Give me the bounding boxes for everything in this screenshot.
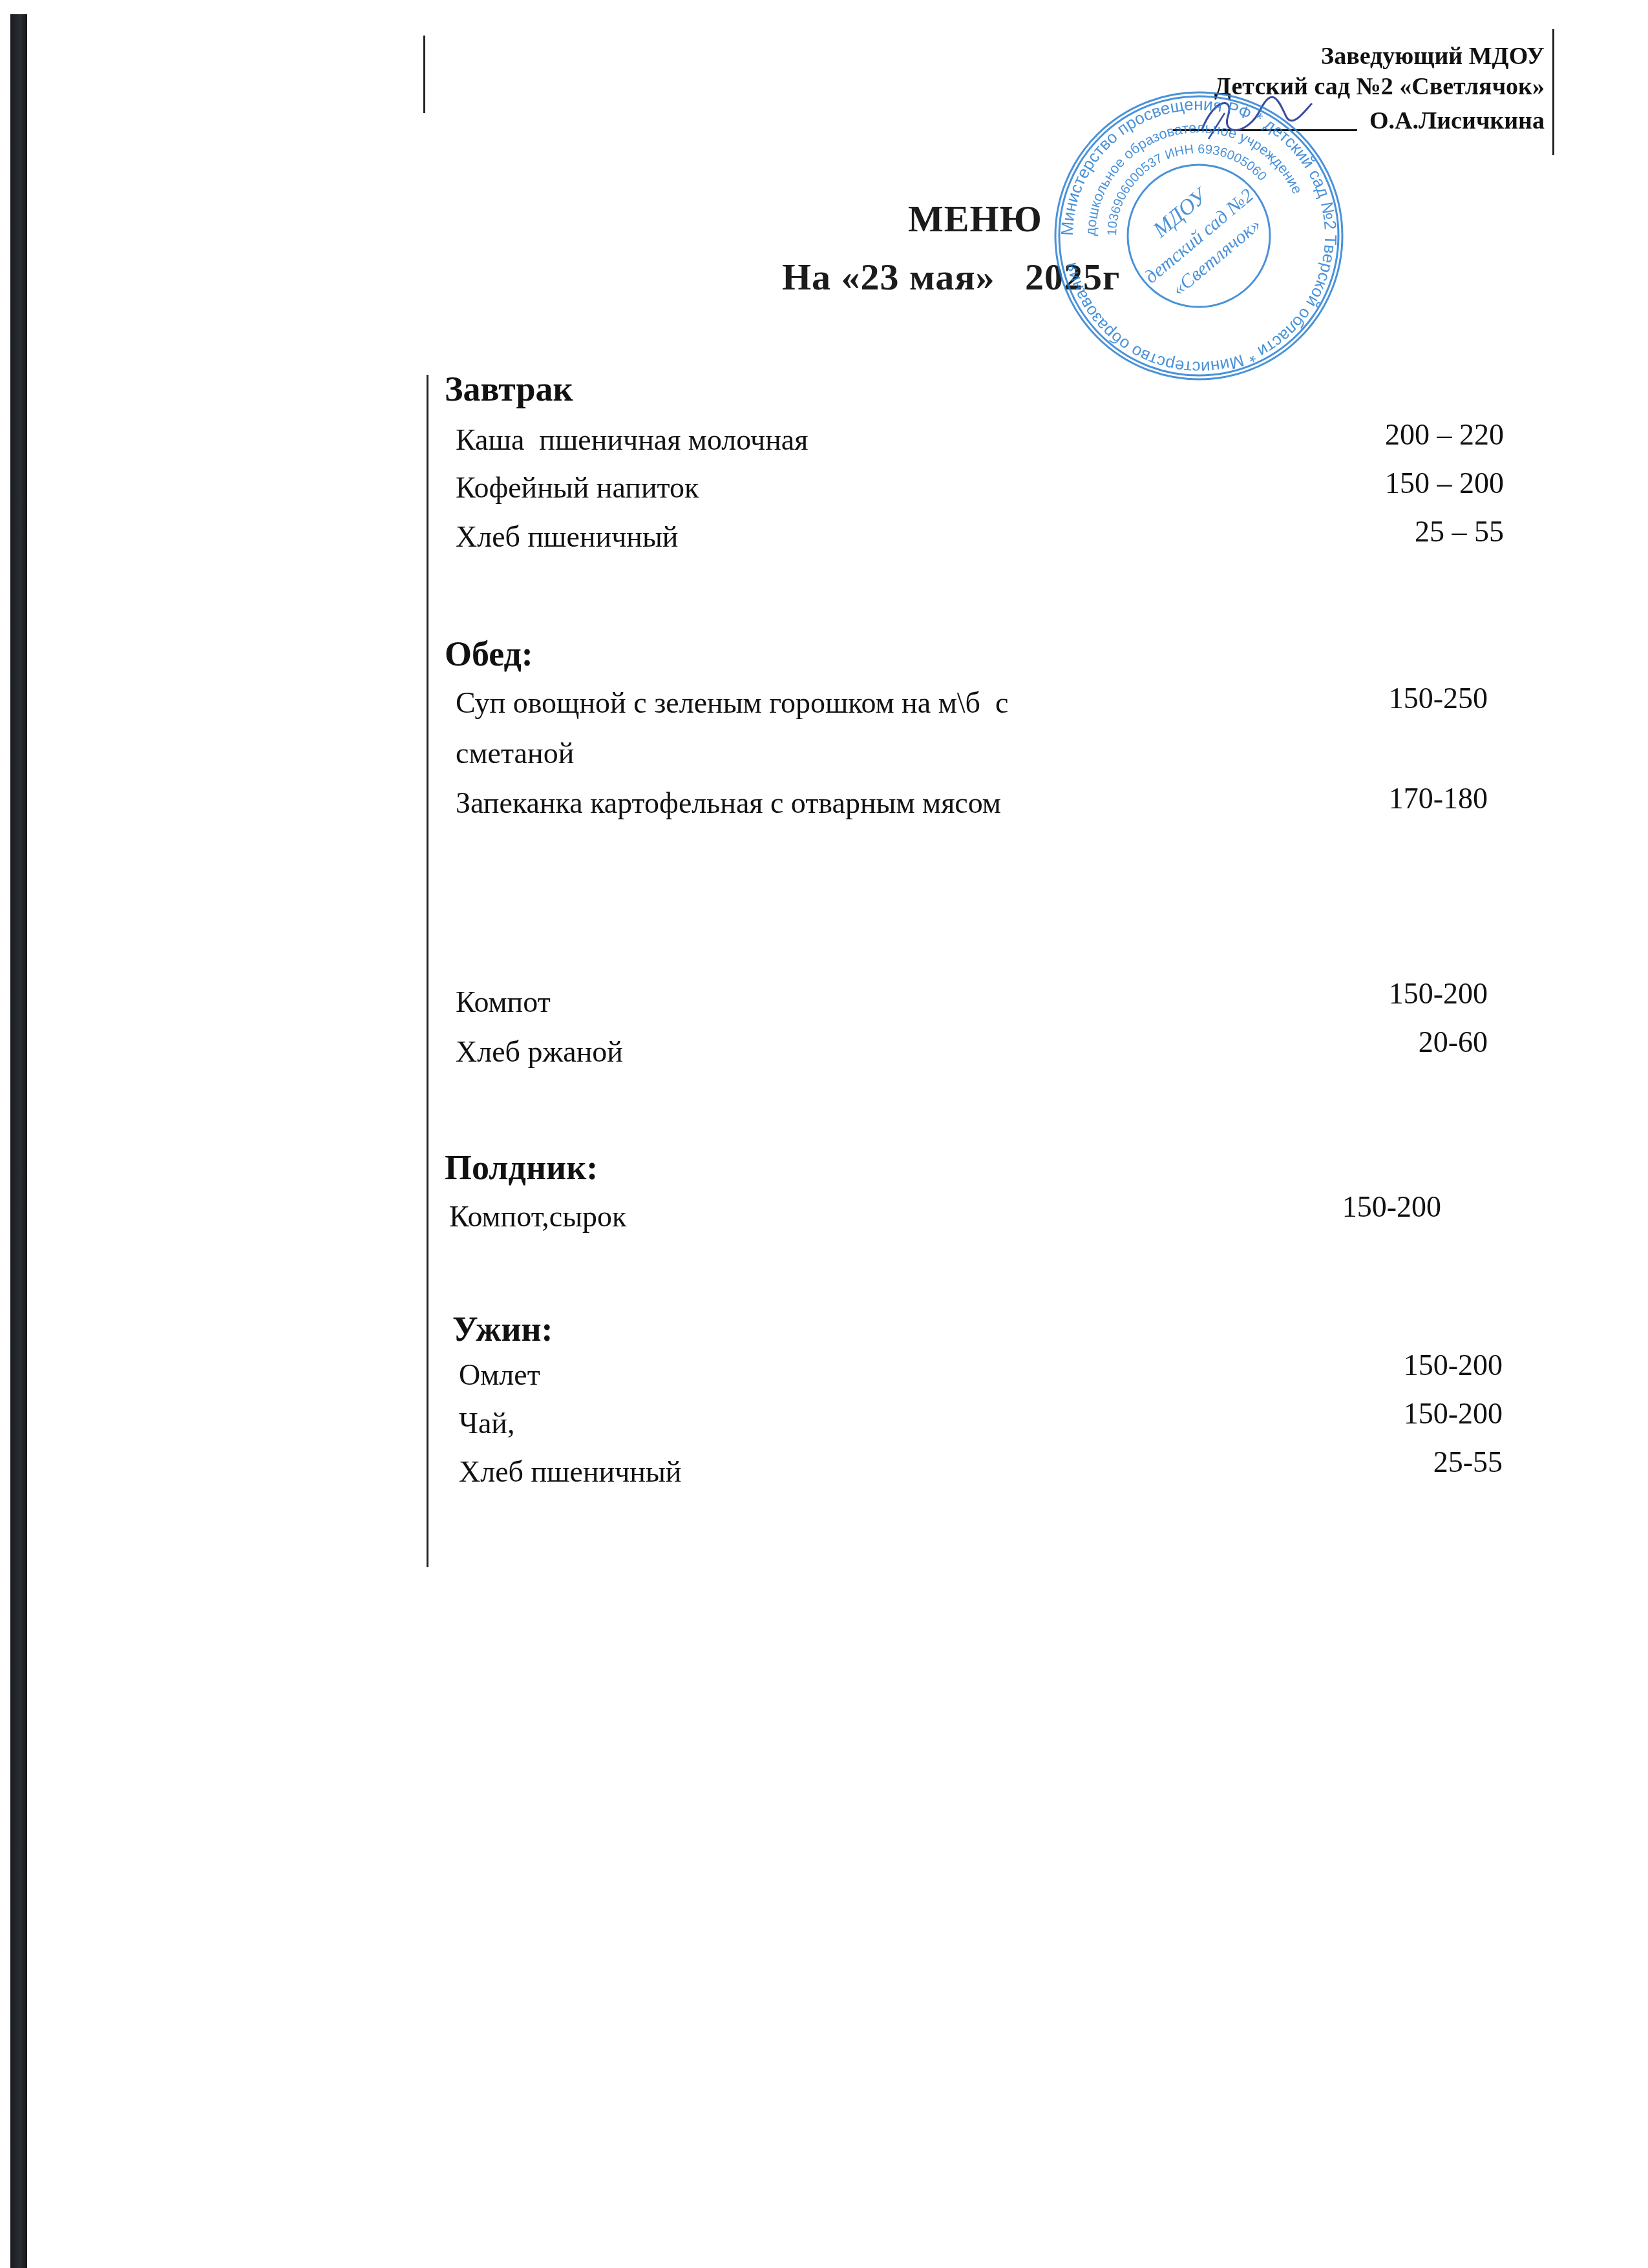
left-rule-top (423, 36, 425, 113)
official-stamp-icon: Министерство просвещения РФ * детский са… (1050, 87, 1347, 384)
menu-item-portion: 150-250 (1389, 684, 1488, 713)
menu-item-dish: Омлет (459, 1360, 540, 1390)
meal-heading-dinner: Ужин: (452, 1312, 553, 1347)
menu-item-dish: Компот,сырок (449, 1202, 626, 1232)
menu-item-dish: Суп овощной с зеленым горошком на м\б с (456, 688, 1008, 718)
menu-item-dish: Хлеб пшеничный (459, 1457, 681, 1487)
menu-item-portion: 150-200 (1404, 1399, 1503, 1429)
right-rule-top (1552, 29, 1554, 155)
signatory-name: О.А.Лисичкина (1369, 109, 1545, 133)
menu-heading: МЕНЮ (908, 197, 1042, 240)
menu-item-portion: 150-200 (1389, 979, 1488, 1009)
menu-item-dish-continued: сметаной (456, 739, 574, 768)
menu-item-dish: Хлеб пшеничный (456, 522, 678, 552)
meal-heading-breakfast: Завтрак (445, 372, 573, 406)
menu-item-portion: 150-200 (1342, 1192, 1441, 1222)
menu-item-portion: 150 – 200 (1385, 468, 1504, 498)
menu-item-portion: 150-200 (1404, 1350, 1503, 1380)
approver-title: Заведующий МДОУ (1321, 44, 1545, 68)
menu-item-dish: Компот (456, 987, 551, 1017)
menu-item-portion: 25-55 (1433, 1447, 1503, 1477)
meal-heading-afternoon-snack: Полдник: (445, 1150, 598, 1185)
left-rule-main (427, 375, 428, 1567)
menu-item-portion: 20-60 (1419, 1027, 1488, 1057)
menu-item-portion: 200 – 220 (1385, 420, 1504, 450)
menu-item-dish: Кофейный напиток (456, 473, 699, 503)
meal-heading-lunch: Обед: (445, 636, 533, 671)
scan-edge-shadow (10, 14, 27, 2268)
menu-item-dish: Каша пшеничная молочная (456, 425, 808, 455)
menu-item-dish: Хлеб ржаной (456, 1037, 623, 1067)
menu-item-portion: 170-180 (1389, 784, 1488, 814)
menu-item-dish: Запеканка картофельная с отварным мясом (456, 788, 1001, 818)
menu-item-portion: 25 – 55 (1415, 517, 1504, 547)
menu-item-dish: Чай, (459, 1409, 514, 1438)
